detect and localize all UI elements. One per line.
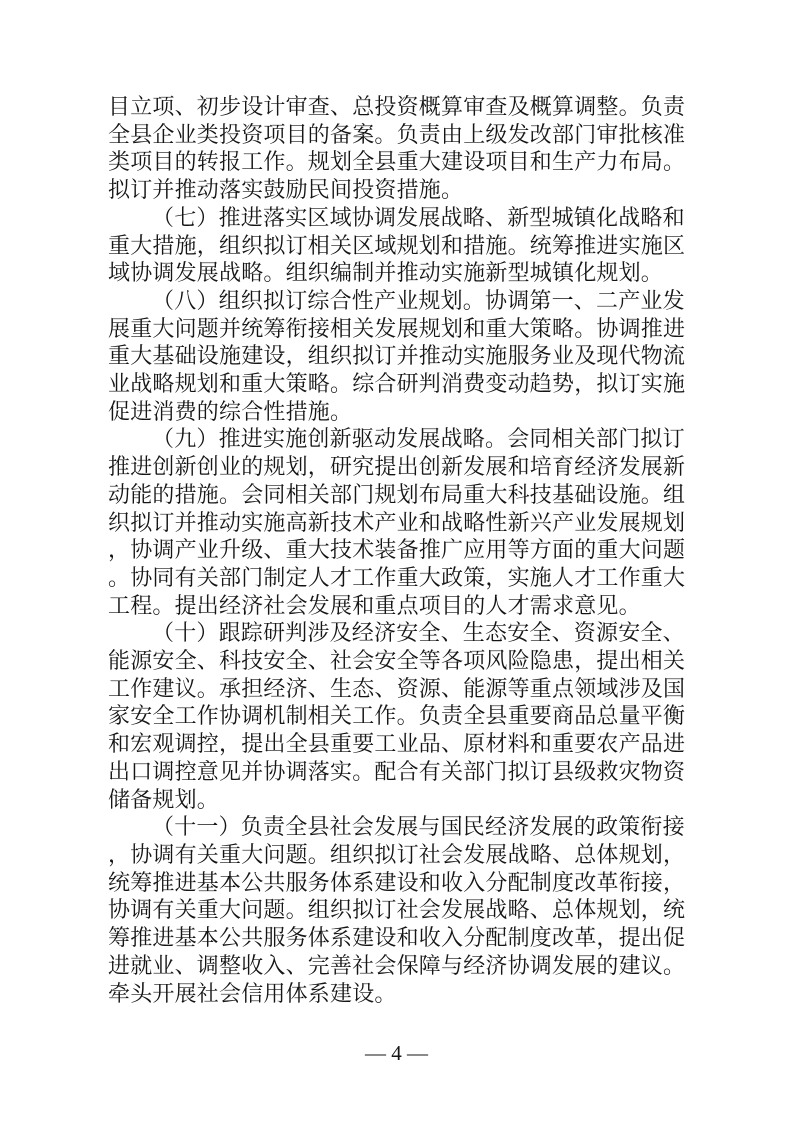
text-line: （十）跟踪研判涉及经济安全、生态安全、资源安全、 [108,619,688,647]
paragraph: （十）跟踪研判涉及经济安全、生态安全、资源安全、能源安全、科技安全、社会安全等各… [108,619,688,813]
text-line: 储备规划。 [108,786,688,814]
text-line: 筹推进基本公共服务体系建设和收入分配制度改革，提出促 [108,924,688,952]
text-line: 织拟订并推动实施高新技术产业和战略性新兴产业发展规划 [108,509,688,537]
text-line: 能源安全、科技安全、社会安全等各项风险隐患，提出相关 [108,647,688,675]
paragraph: （八）组织拟订综合性产业规划。协调第一、二产业发展重大问题并统筹衔接相关发展规划… [108,287,688,426]
text-line: 统筹推进基本公共服务体系建设和收入分配制度改革衔接， [108,869,688,897]
text-line: 重大基础设施建设，组织拟订并推动实施服务业及现代物流 [108,342,688,370]
text-line: （八）组织拟订综合性产业规划。协调第一、二产业发 [108,287,688,315]
text-line: 促进消费的综合性措施。 [108,398,688,426]
text-line: 牵头开展社会信用体系建设。 [108,980,688,1008]
text-line: 工程。提出经济社会发展和重点项目的人才需求意见。 [108,592,688,620]
text-line: 动能的措施。会同相关部门规划布局重大科技基础设施。组 [108,481,688,509]
paragraph: （十一）负责全县社会发展与国民经济发展的政策衔接，协调有关重大问题。组织拟订社会… [108,813,688,1007]
text-line: 目立项、初步设计审查、总投资概算审查及概算调整。负责 [108,93,688,121]
text-line: （十一）负责全县社会发展与国民经济发展的政策衔接 [108,813,688,841]
text-line: 协调有关重大问题。组织拟订社会发展战略、总体规划，统 [108,896,688,924]
text-line: 展重大问题并统筹衔接相关发展规划和重大策略。协调推进 [108,315,688,343]
text-line: 出口调控意见并协调落实。配合有关部门拟订县级救灾物资 [108,758,688,786]
text-line: 进就业、调整收入、完善社会保障与经济协调发展的建议。 [108,952,688,980]
text-line: 工作建议。承担经济、生态、资源、能源等重点领域涉及国 [108,675,688,703]
text-line: ，协调产业升级、重大技术装备推广应用等方面的重大问题 [108,536,688,564]
document-page: 目立项、初步设计审查、总投资概算审查及概算调整。负责全县企业类投资项目的备案。负… [0,0,793,1122]
text-line: ，协调有关重大问题。组织拟订社会发展战略、总体规划， [108,841,688,869]
text-line: 重大措施，组织拟订相关区域规划和措施。统筹推进实施区 [108,232,688,260]
document-body: 目立项、初步设计审查、总投资概算审查及概算调整。负责全县企业类投资项目的备案。负… [108,93,688,1007]
text-line: 推进创新创业的规划，研究提出创新发展和培育经济发展新 [108,453,688,481]
text-line: 拟订并推动落实鼓励民间投资措施。 [108,176,688,204]
paragraph: （九）推进实施创新驱动发展战略。会同相关部门拟订推进创新创业的规划，研究提出创新… [108,425,688,619]
text-line: 全县企业类投资项目的备案。负责由上级发改部门审批核准 [108,121,688,149]
text-line: （九）推进实施创新驱动发展战略。会同相关部门拟订 [108,425,688,453]
page-number: — 4 — [0,1040,793,1066]
text-line: 。协同有关部门制定人才工作重大政策，实施人才工作重大 [108,564,688,592]
text-line: 和宏观调控，提出全县重要工业品、原材料和重要农产品进 [108,730,688,758]
text-line: 业战略规划和重大策略。综合研判消费变动趋势，拟订实施 [108,370,688,398]
text-line: 类项目的转报工作。规划全县重大建设项目和生产力布局。 [108,148,688,176]
text-line: 家安全工作协调机制相关工作。负责全县重要商品总量平衡 [108,702,688,730]
paragraph: （七）推进落实区域协调发展战略、新型城镇化战略和重大措施，组织拟订相关区域规划和… [108,204,688,287]
text-line: （七）推进落实区域协调发展战略、新型城镇化战略和 [108,204,688,232]
paragraph: 目立项、初步设计审查、总投资概算审查及概算调整。负责全县企业类投资项目的备案。负… [108,93,688,204]
text-line: 域协调发展战略。组织编制并推动实施新型城镇化规划。 [108,259,688,287]
